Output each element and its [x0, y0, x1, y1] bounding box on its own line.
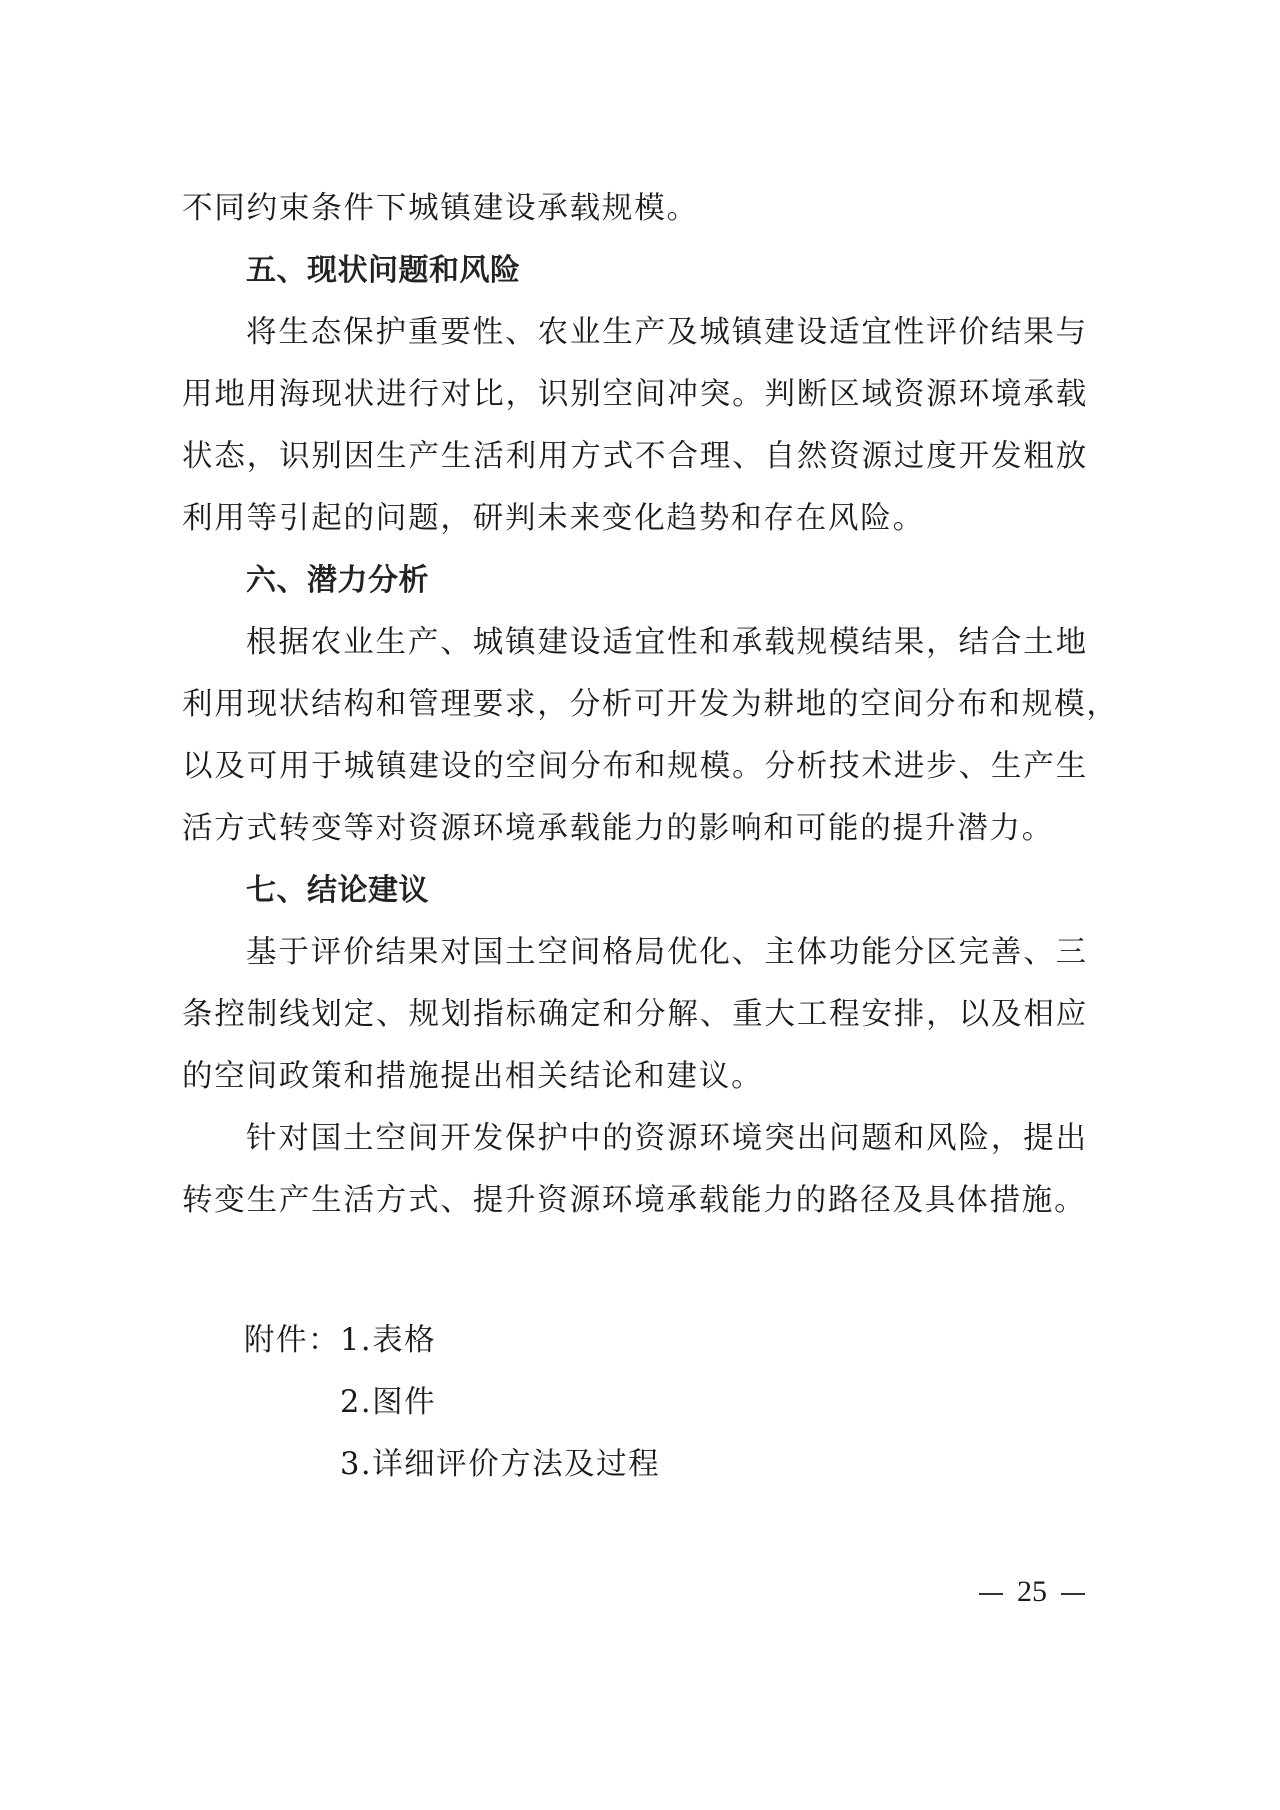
page-number: 25	[965, 1572, 1099, 1612]
attachments-list: 附件：1.表格 2.图件 3.详细评价方法及过程	[244, 1310, 660, 1496]
section-heading-6: 六、潜力分析	[182, 550, 1088, 612]
attachment-item: 1.表格	[340, 1310, 436, 1372]
paragraph-line: 用地用海现状进行对比，识别空间冲突。判断区域资源环境承载	[182, 364, 1088, 426]
paragraph-line: 利用现状结构和管理要求，分析可开发为耕地的空间分布和规模，	[182, 674, 1088, 736]
dash-right	[1061, 1593, 1085, 1595]
attachments-label: 附件：	[244, 1310, 340, 1372]
paragraph-line: 转变生产生活方式、提升资源环境承载能力的路径及具体措施。	[182, 1170, 1088, 1232]
paragraph-line: 利用等引起的问题，研判未来变化趋势和存在风险。	[182, 488, 1088, 550]
paragraph-line: 基于评价结果对国土空间格局优化、主体功能分区完善、三	[182, 922, 1088, 984]
attachment-row: 附件：1.表格	[244, 1310, 660, 1372]
attachment-row: 3.详细评价方法及过程	[244, 1434, 660, 1496]
dash-left	[979, 1593, 1003, 1595]
paragraph-line: 根据农业生产、城镇建设适宜性和承载规模结果，结合土地	[182, 612, 1088, 674]
attachment-row: 2.图件	[244, 1372, 660, 1434]
paragraph-line: 针对国土空间开发保护中的资源环境突出问题和风险，提出	[182, 1108, 1088, 1170]
section-heading-7: 七、结论建议	[182, 860, 1088, 922]
paragraph-line: 的空间政策和措施提出相关结论和建议。	[182, 1046, 1088, 1108]
paragraph-line: 条控制线划定、规划指标确定和分解、重大工程安排，以及相应	[182, 984, 1088, 1046]
paragraph-line: 以及可用于城镇建设的空间分布和规模。分析技术进步、生产生	[182, 736, 1088, 798]
attachment-item: 2.图件	[340, 1372, 436, 1434]
paragraph-line: 将生态保护重要性、农业生产及城镇建设适宜性评价结果与	[182, 302, 1088, 364]
page-number-value: 25	[1017, 1575, 1047, 1608]
paragraph-line: 不同约束条件下城镇建设承载规模。	[182, 178, 1088, 240]
paragraph-line: 状态，识别因生产生活利用方式不合理、自然资源过度开发粗放	[182, 426, 1088, 488]
section-heading-5: 五、现状问题和风险	[182, 240, 1088, 302]
paragraph-line: 活方式转变等对资源环境承载能力的影响和可能的提升潜力。	[182, 798, 1088, 860]
document-body: 不同约束条件下城镇建设承载规模。 五、现状问题和风险 将生态保护重要性、农业生产…	[182, 178, 1088, 1232]
attachment-item: 3.详细评价方法及过程	[340, 1434, 660, 1496]
